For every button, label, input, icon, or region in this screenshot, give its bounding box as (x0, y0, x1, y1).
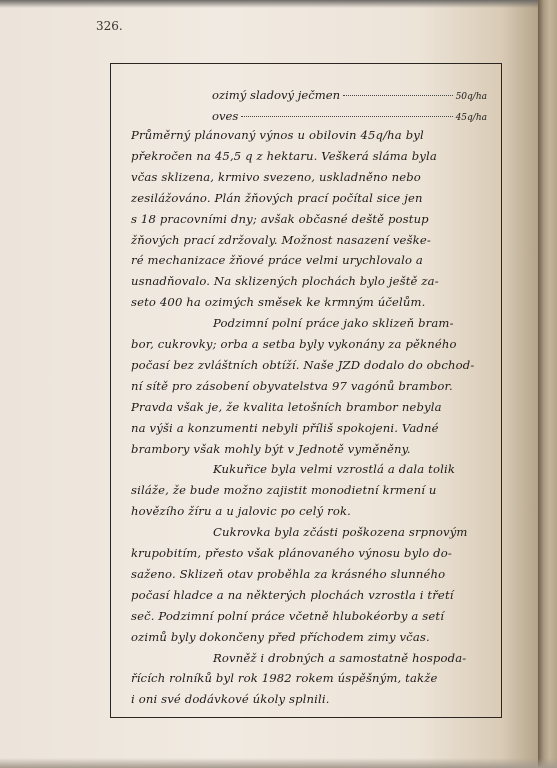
page-bottom-shadow (0, 758, 557, 768)
page-number: 326. (96, 19, 123, 33)
leader-dots (241, 116, 452, 117)
page-top-shadow (0, 0, 557, 8)
yield-value: 50q/ha (456, 92, 487, 102)
yield-crop: ozimý sladový ječmen (212, 88, 340, 102)
yield-value: 45q/ha (456, 113, 487, 123)
yield-row: ozimý sladový ječmen 50q/ha (212, 88, 487, 108)
leader-dots (343, 95, 453, 96)
yield-crop: oves (212, 109, 238, 123)
book-spine (538, 0, 557, 768)
text-line: i oni své dodávkové úkoly splnili. (131, 687, 497, 712)
